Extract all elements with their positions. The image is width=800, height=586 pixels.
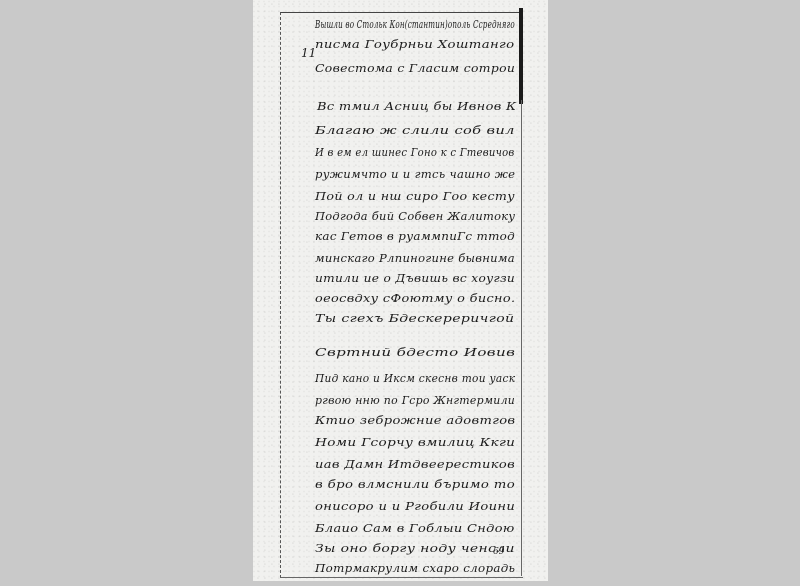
manuscript-line: Номи Гсорчу вмилиц Ккги (315, 436, 515, 449)
manuscript-line: Совестома с Гласим сотрои (315, 62, 515, 75)
manuscript-line: Ктио зеброжние адовтгов (315, 414, 515, 427)
manuscript-line: Пид кано и Иксм скеснв тои уаск (315, 372, 515, 385)
manuscript-line: минскаго Рлпиногине бывнима (315, 252, 515, 265)
manuscript-line: Блаио Сам в Гоблыи Сндою (315, 522, 515, 535)
manuscript-line: Подгода бий Собвен Жалитоку (315, 210, 515, 223)
manuscript-line: Ты сгехъ Бдескереричгой (315, 312, 514, 325)
manuscript-line: Пой ол и нш сиро Гоо кесту (315, 190, 515, 203)
manuscript-line: ружимчто и и гтсь чашно же (315, 168, 515, 181)
manuscript-line: итили ие о Дъвишь вс хоугзи (315, 272, 515, 285)
margin-rule-thick (519, 8, 523, 104)
manuscript-line: оеосвдху сФоютму о бисно. (315, 292, 515, 305)
manuscript-line: кас Гетов в руаммпиГс ттод (315, 230, 515, 243)
manuscript-line: Зы оно боргу ноду ченсли (315, 542, 515, 555)
folio-mark: 11 (301, 46, 316, 60)
manuscript-line: в бро влмснили бъримо то (315, 478, 515, 491)
manuscript-line: Вс тмил Асниц бы Ивнов К (317, 100, 516, 113)
margin-rule-thin (521, 100, 522, 576)
manuscript-page: 11 Вышли во Стольк Кон(стантин)ополь Сср… (253, 0, 548, 581)
page-number-mark: 69 (493, 547, 504, 557)
manuscript-line: Благаю ж слили соб вил (315, 124, 515, 137)
manuscript-line: писма Гоубрньи Хоштанго (315, 38, 514, 51)
manuscript-line: И в ем ел шинес Гоно к с Гтевичов (315, 146, 515, 159)
manuscript-line: ргвою нню по Гсро Жнгтермили (315, 394, 515, 407)
manuscript-line: иав Дамн Итдвеерестиков (315, 458, 515, 471)
manuscript-line: онисоро и и Ргобили Иоини (315, 500, 515, 513)
manuscript-line: Вышли во Стольк Кон(стантин)ополь Ссредн… (315, 18, 515, 31)
manuscript-line: Потрмакрулим схаро слорадь (315, 562, 515, 575)
manuscript-line: Свртний бдесто Иовив (315, 346, 515, 359)
